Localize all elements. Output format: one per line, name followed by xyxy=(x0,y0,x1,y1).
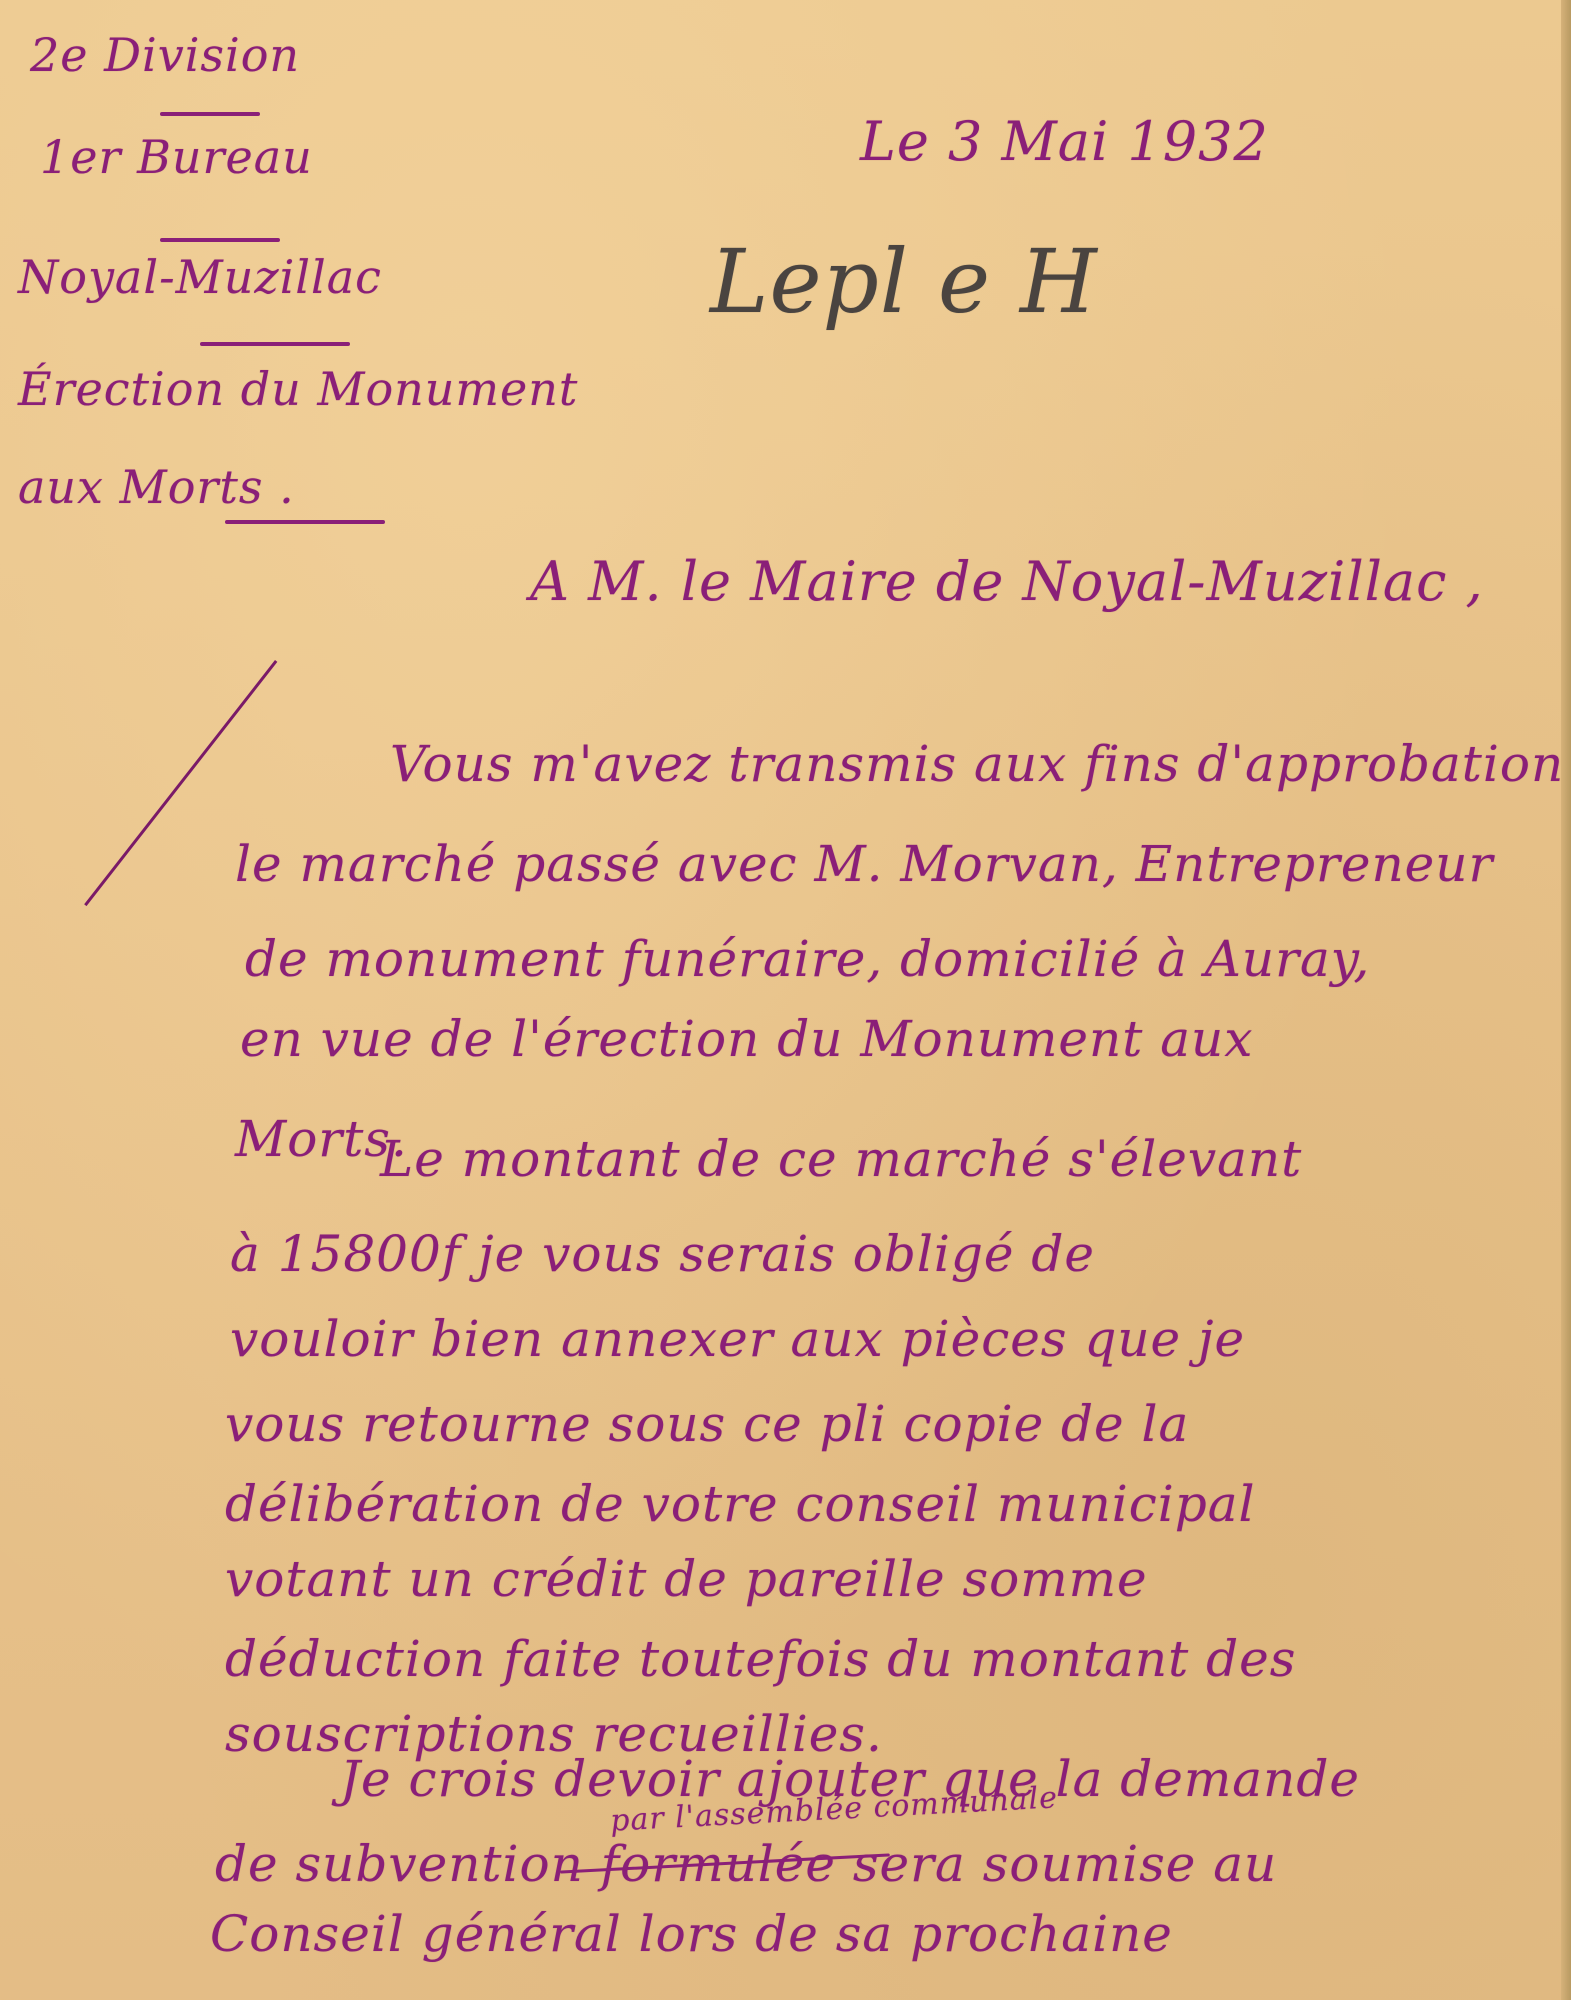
divider-rule xyxy=(160,238,280,242)
body-line: de monument funéraire, domicilié à Auray… xyxy=(245,930,1370,988)
body-line: de subvention formulée sera soumise au xyxy=(215,1835,1277,1893)
commune-label: Noyal-Muzillac xyxy=(18,250,382,304)
divider-rule xyxy=(160,112,260,116)
subject-underline xyxy=(225,520,385,524)
subject-line-2: aux Morts . xyxy=(18,460,295,514)
body-line: Le montant de ce marché s'élevant xyxy=(380,1130,1302,1188)
body-line: Vous m'avez transmis aux fins d'approbat… xyxy=(390,735,1564,793)
bureau-label: 1er Bureau xyxy=(40,130,313,184)
body-line: votant un crédit de pareille somme xyxy=(225,1550,1148,1608)
letter-date: Le 3 Mai 1932 xyxy=(860,110,1269,173)
body-line: déduction faite toutefois du montant des xyxy=(225,1630,1296,1688)
body-line: Conseil général lors de sa prochaine xyxy=(210,1905,1173,1963)
body-line: à 15800f je vous serais obligé de xyxy=(230,1225,1095,1283)
pencil-annotation: Lepl e H xyxy=(710,230,1098,333)
commune-underline xyxy=(200,342,350,346)
addressee: A M. le Maire de Noyal-Muzillac , xyxy=(530,550,1484,613)
body-line: en vue de l'érection du Monument aux xyxy=(240,1010,1253,1068)
letter-page: 2e Division 1er Bureau Noyal-Muzillac Ér… xyxy=(0,0,1571,2000)
body-line: délibération de votre conseil municipal xyxy=(225,1475,1256,1533)
body-line: le marché passé avec M. Morvan, Entrepre… xyxy=(235,835,1493,893)
paper-edge xyxy=(1561,0,1571,2000)
body-line: vous retourne sous ce pli copie de la xyxy=(225,1395,1189,1453)
division-label: 2e Division xyxy=(30,28,300,82)
subject-line-1: Érection du Monument xyxy=(18,362,578,416)
body-line: vouloir bien annexer aux pièces que je xyxy=(230,1310,1245,1368)
